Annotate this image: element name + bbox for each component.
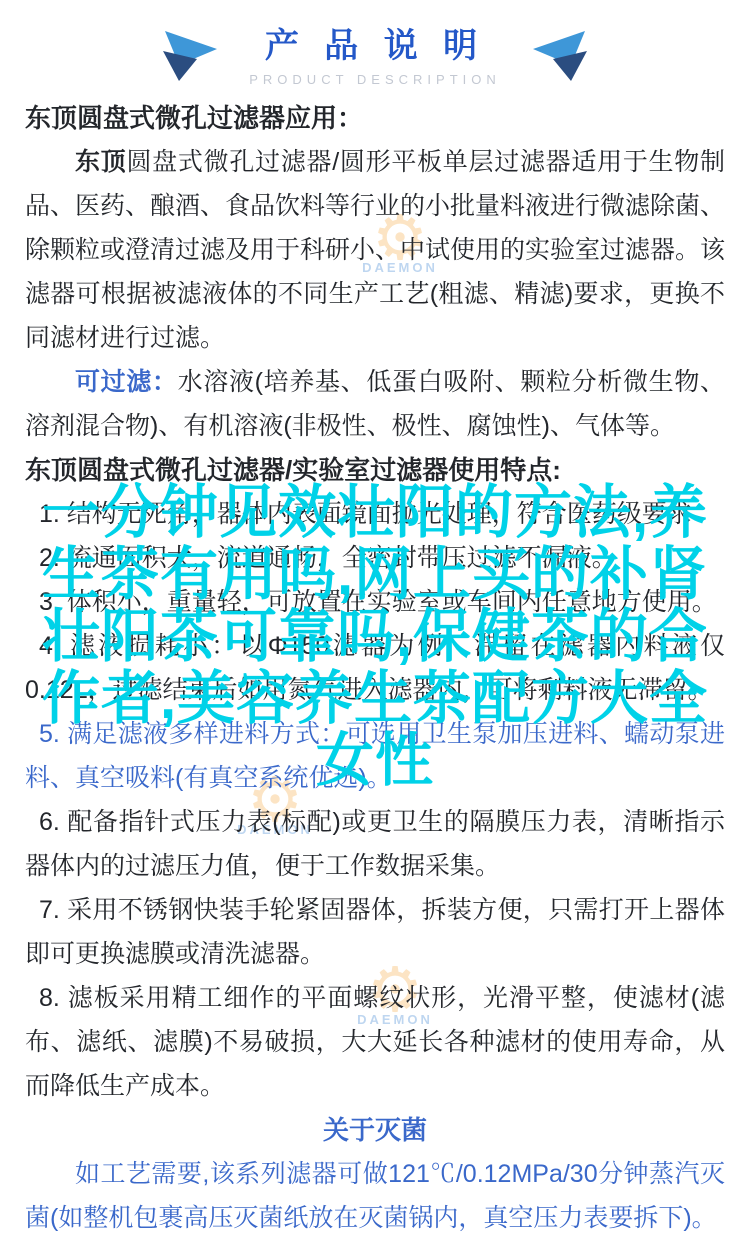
product-description-page: 产 品 说 明 PRODUCT DESCRIPTION 东顶圆盘式微孔过滤器应用… — [0, 0, 750, 1240]
features-heading: 东顶圆盘式微孔过滤器/实验室过滤器使用特点: — [25, 448, 725, 492]
sterilization-heading: 关于灭菌 — [25, 1108, 725, 1152]
application-heading: 东顶圆盘式微孔过滤器应用： — [25, 96, 725, 140]
feature-item-7: 7. 采用不锈钢快装手轮紧固器体，拆装方便，只需打开上器体即可更换滤膜或清洗滤器… — [25, 888, 725, 976]
filterable-label: 可过滤： — [75, 368, 178, 396]
feature-item-5: 5. 满足滤液多样进料方式：可选用卫生泵加压进料、蠕动泵进料、真空吸料(有真空系… — [25, 712, 725, 800]
title-block: 产 品 说 明 PRODUCT DESCRIPTION — [249, 25, 501, 87]
feature-item-4: 4. 滤液损耗小：以Φ150滤器为例，滞留在滤器内料液仅0.12L，过滤结束后如… — [25, 624, 725, 712]
application-paragraph: 东顶圆盘式微孔过滤器/圆形平板单层过滤器适用于生物制品、医药、酿酒、食品饮料等行… — [25, 140, 725, 360]
application-text: 圆盘式微孔过滤器/圆形平板单层过滤器适用于生物制品、医药、酿酒、食品饮料等行业的… — [25, 148, 725, 352]
logo-triangle-left-icon — [159, 29, 219, 83]
feature-item-6: 6. 配备指针式压力表(标配)或更卫生的隔膜压力表，清晰指示器体内的过滤压力值，… — [25, 800, 725, 888]
filterable-paragraph: 可过滤：水溶液(培养基、低蛋白吸附、颗粒分析微生物、溶剂混合物)、有机溶液(非极… — [25, 360, 725, 448]
page-title: 产 品 说 明 — [249, 25, 501, 67]
feature-item-1: 1. 结构无死角，器体内表面镜面抛光处理，符合医药级要求 — [25, 492, 725, 536]
brand-name: 东顶 — [75, 148, 126, 176]
page-header: 产 品 说 明 PRODUCT DESCRIPTION — [0, 0, 750, 96]
feature-item-3: 3. 体积小，重量轻，可放置在实验室或车间内任意地方使用。 — [25, 580, 725, 624]
sterilization-paragraph: 如工艺需要,该系列滤器可做121℃/0.12MPa/30分钟蒸汽灭菌(如整机包裹… — [25, 1152, 725, 1240]
feature-item-8: 8. 滤板采用精工细作的平面螺纹状形，光滑平整，使滤材(滤布、滤纸、滤膜)不易破… — [25, 976, 725, 1108]
feature-item-2: 2. 流通面积大，流道通畅，全密封带压过滤不漏液。 — [25, 536, 725, 580]
document-body: 东顶圆盘式微孔过滤器应用： 东顶圆盘式微孔过滤器/圆形平板单层过滤器适用于生物制… — [0, 96, 750, 1240]
page-subtitle: PRODUCT DESCRIPTION — [249, 72, 501, 87]
logo-triangle-right-icon — [531, 29, 591, 83]
